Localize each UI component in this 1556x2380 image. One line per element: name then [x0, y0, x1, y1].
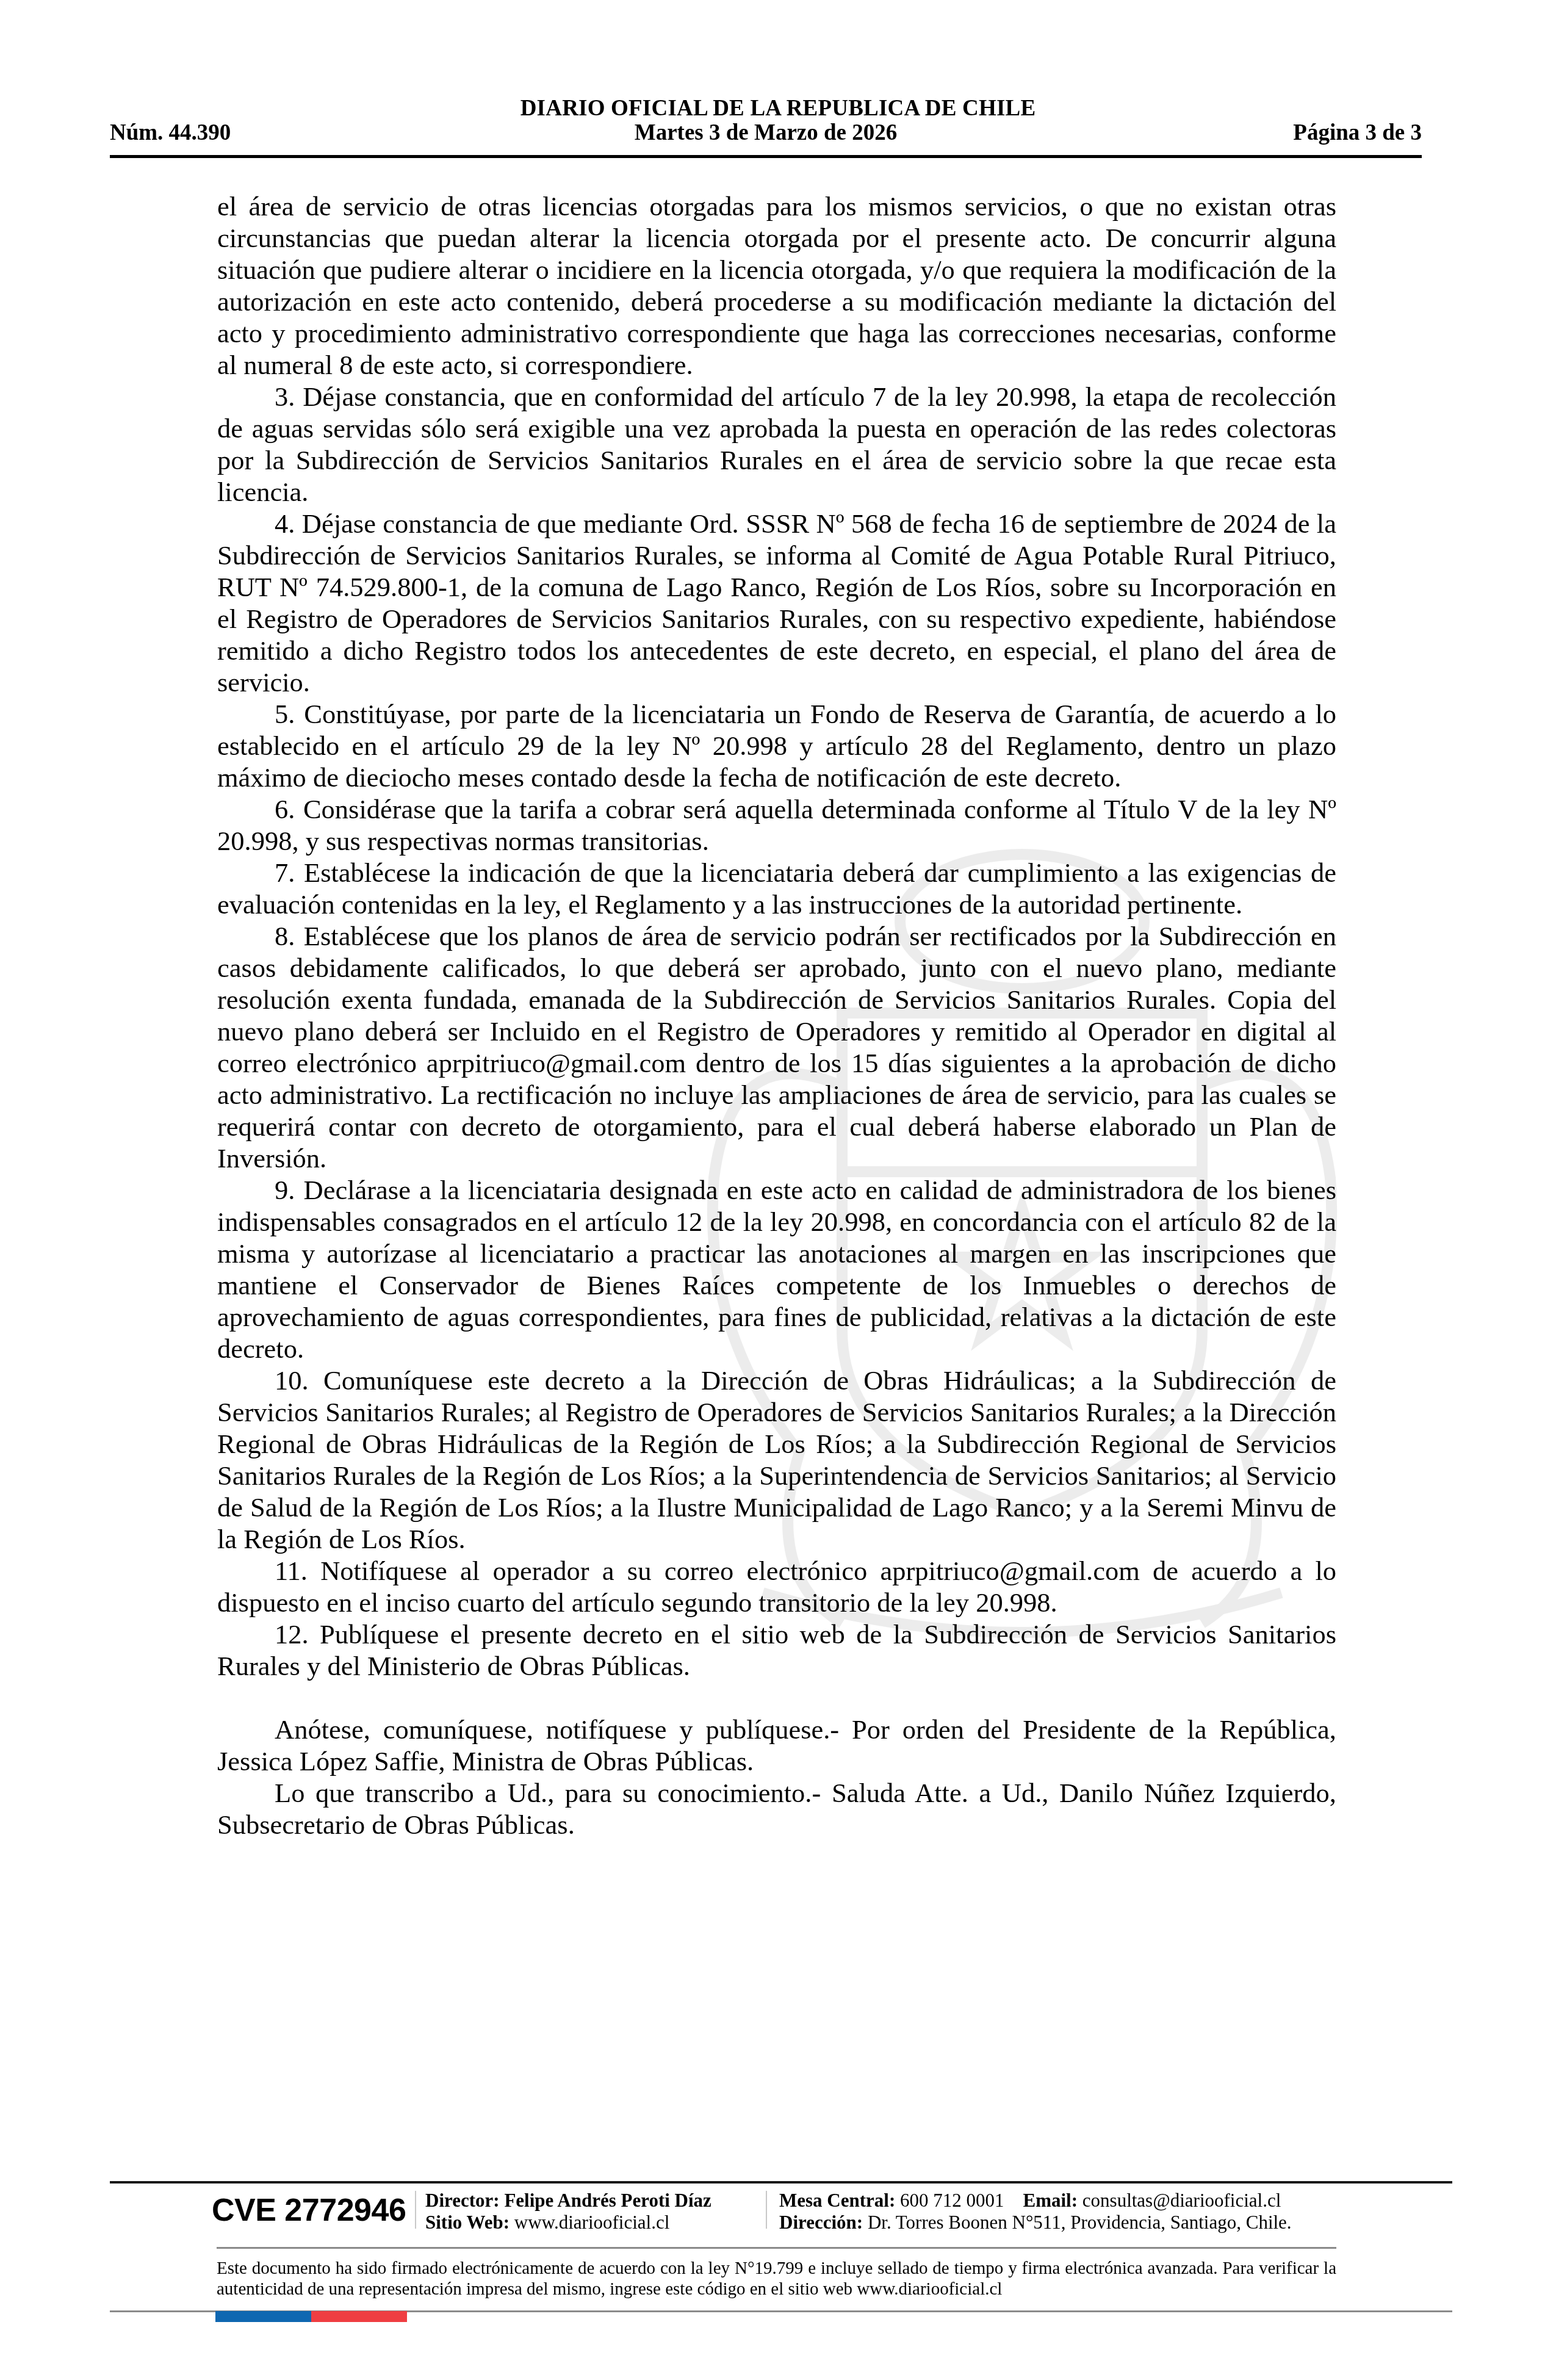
- email-link[interactable]: consultas@diariooficial.cl: [1082, 2190, 1281, 2211]
- phone-number: 600 712 0001: [900, 2190, 1004, 2211]
- paragraph-item-3: 3. Déjase constancia, que en conformidad…: [217, 381, 1336, 508]
- footer-mid-divider: [217, 2247, 1336, 2249]
- director-name: Felipe Andrés Peroti Díaz: [504, 2190, 711, 2211]
- paragraph-item-6: 6. Considérase que la tarifa a cobrar se…: [217, 793, 1336, 857]
- address-label: Dirección:: [779, 2212, 863, 2233]
- paragraph-item-8: 8. Establécese que los planos de área de…: [217, 920, 1336, 1174]
- header-row: Núm. 44.390 Martes 3 de Marzo de 2026 Pá…: [110, 120, 1422, 146]
- director-label: Director:: [425, 2190, 500, 2211]
- flag-stripe-blue: [215, 2311, 311, 2322]
- closing-signature-minister: Anótese, comuníquese, notifíquese y publ…: [217, 1714, 1336, 1777]
- footer-contact-block: Mesa Central: 600 712 0001 Email: consul…: [779, 2190, 1292, 2234]
- footer-separator: [415, 2191, 416, 2229]
- footer-top-divider: [110, 2181, 1452, 2183]
- spacer: [217, 1682, 1336, 1714]
- paragraph-item-12: 12. Publíquese el presente decreto en el…: [217, 1618, 1336, 1682]
- email-label: Email:: [1023, 2190, 1078, 2211]
- footer-legal-notice: Este documento ha sido firmado electróni…: [217, 2258, 1336, 2299]
- header-divider: [110, 155, 1422, 158]
- paragraph-continuation: el área de servicio de otras licencias o…: [217, 190, 1336, 381]
- paragraph-item-5: 5. Constitúyase, por parte de la licenci…: [217, 698, 1336, 793]
- publication-date: Martes 3 de Marzo de 2026: [110, 120, 1422, 146]
- phone-label: Mesa Central:: [779, 2190, 895, 2211]
- paragraph-item-10: 10. Comuníquese este decreto a la Direcc…: [217, 1365, 1336, 1555]
- website-label: Sitio Web:: [425, 2212, 510, 2233]
- website-link[interactable]: www.diariooficial.cl: [514, 2212, 670, 2233]
- paragraph-item-9: 9. Declárase a la licenciataria designad…: [217, 1174, 1336, 1365]
- paragraph-item-11: 11. Notifíquese al operador a su correo …: [217, 1555, 1336, 1618]
- legal-notice-text: Este documento ha sido firmado electróni…: [217, 2258, 1336, 2299]
- page-indicator: Página 3 de 3: [1293, 120, 1422, 146]
- footer-director-block: Director: Felipe Andrés Peroti Díaz Siti…: [425, 2190, 711, 2234]
- flag-stripe-red: [311, 2311, 407, 2322]
- closing-signature-undersecretary: Lo que transcribo a Ud., para su conocim…: [217, 1777, 1336, 1841]
- address-value: Dr. Torres Boonen N°511, Providencia, Sa…: [868, 2212, 1292, 2233]
- paragraph-item-7: 7. Establécese la indicación de que la l…: [217, 857, 1336, 920]
- footer-separator: [766, 2191, 767, 2229]
- publication-title: DIARIO OFICIAL DE LA REPUBLICA DE CHILE: [0, 95, 1556, 121]
- cve-code: CVE 2772946: [212, 2192, 406, 2229]
- decree-body: el área de servicio de otras licencias o…: [217, 190, 1336, 1841]
- issue-number: Núm. 44.390: [110, 120, 231, 146]
- paragraph-item-4: 4. Déjase constancia de que mediante Ord…: [217, 508, 1336, 698]
